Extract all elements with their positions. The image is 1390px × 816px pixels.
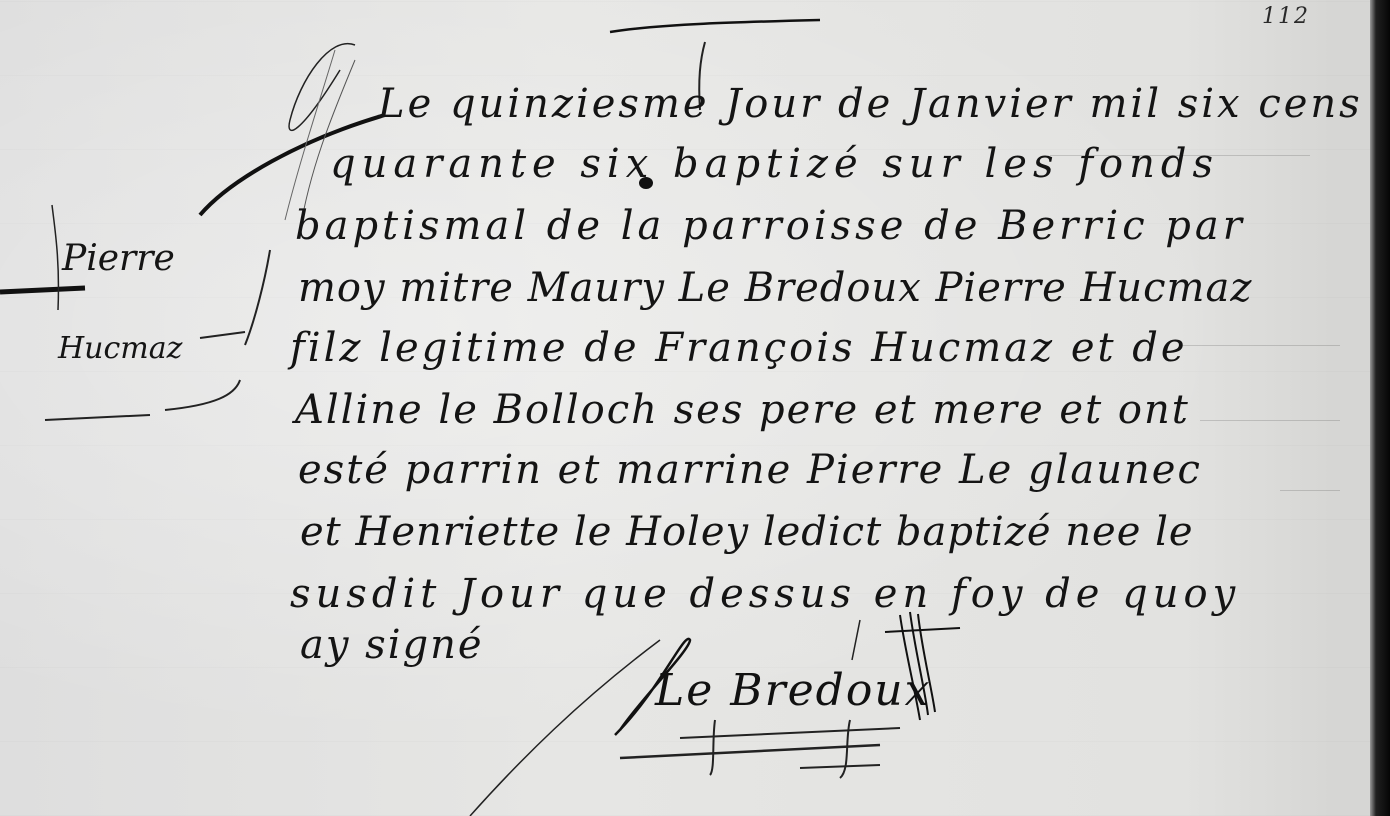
text-line-1: Le quinziesme Jour de Janvier mil six ce… [378,84,1363,124]
text-line-6: Alline le Bolloch ses pere et mere et on… [295,390,1190,430]
text-line-3: baptismal de la parroisse de Berric par [295,206,1246,246]
manuscript-page: 112 Pierre Huc [0,0,1390,816]
text-line-8: et Henriette le Holey ledict baptizé nee… [300,512,1194,552]
text-line-10: ay signé [300,625,484,665]
text-line-7: esté parrin et marrine Pierre Le glaunec [298,450,1202,490]
book-binding-edge [1370,0,1390,816]
margin-note: Pierre Hucmaz [62,238,182,366]
text-line-2: quarante six baptizé sur les fonds [330,144,1219,184]
margin-surname: Hucmaz [58,331,182,366]
text-line-4: moy mitre Maury Le Bredoux Pierre Hucmaz [298,268,1252,308]
margin-given-name: Pierre [62,238,182,279]
text-line-9: susdit Jour que dessus en foy de quoy [290,574,1240,614]
text-line-5: filz legitime de François Hucmaz et de [290,328,1188,368]
priest-signature: Le Bredoux [655,665,931,716]
